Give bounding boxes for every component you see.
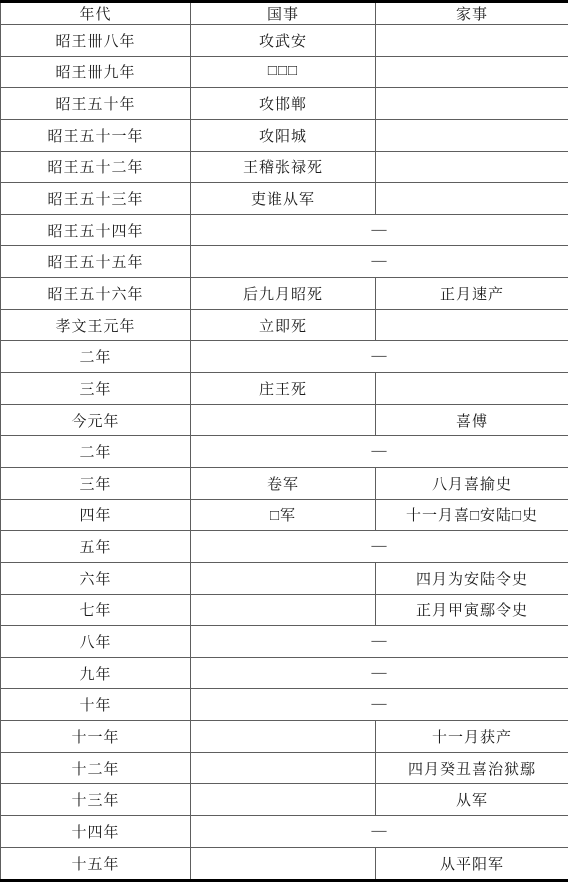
year-cell: 昭王五十三年: [1, 183, 191, 215]
year-cell: 昭王五十年: [1, 88, 191, 120]
table-row: 五年 —: [1, 531, 568, 563]
year-cell: 四年: [1, 499, 191, 531]
state-cell: [191, 784, 376, 816]
table-row: 六年 四月为安陆令史: [1, 562, 568, 594]
state-cell: [191, 594, 376, 626]
family-cell: 十一月喜□安陆□史: [376, 499, 568, 531]
family-cell: [376, 309, 568, 341]
merged-dash-cell: —: [191, 657, 568, 689]
state-cell: 后九月昭死: [191, 278, 376, 310]
table-row: 三年 庄王死: [1, 373, 568, 405]
year-cell: 三年: [1, 467, 191, 499]
year-cell: 昭王卌九年: [1, 56, 191, 88]
year-cell: 十年: [1, 689, 191, 721]
year-cell: 昭王五十六年: [1, 278, 191, 310]
table-row: 四年 □军 十一月喜□安陆□史: [1, 499, 568, 531]
year-cell: 五年: [1, 531, 191, 563]
state-cell: □军: [191, 499, 376, 531]
family-cell: 四月癸丑喜治狱鄢: [376, 752, 568, 784]
table-row: 十二年 四月癸丑喜治狱鄢: [1, 752, 568, 784]
year-cell: 二年: [1, 436, 191, 468]
year-cell: 七年: [1, 594, 191, 626]
family-cell: 喜傅: [376, 404, 568, 436]
year-cell: 三年: [1, 373, 191, 405]
table-row: 十四年 —: [1, 816, 568, 848]
year-cell: 昭王五十四年: [1, 214, 191, 246]
table-row: 昭王五十一年 攻阳城: [1, 119, 568, 151]
state-cell: [191, 562, 376, 594]
family-cell: [376, 373, 568, 405]
year-cell: 昭王五十五年: [1, 246, 191, 278]
family-cell: 从军: [376, 784, 568, 816]
table-row: 十年 —: [1, 689, 568, 721]
table-row: 二年 —: [1, 436, 568, 468]
table-row: 三年 卷军 八月喜揄史: [1, 467, 568, 499]
family-cell: 从平阳军: [376, 847, 568, 880]
family-cell: [376, 25, 568, 57]
state-cell: 攻邯郸: [191, 88, 376, 120]
family-cell: [376, 56, 568, 88]
table-row: 昭王卌八年 攻武安: [1, 25, 568, 57]
state-cell: 攻武安: [191, 25, 376, 57]
table-row: 十五年 从平阳军: [1, 847, 568, 880]
family-cell: [376, 119, 568, 151]
family-cell: 八月喜揄史: [376, 467, 568, 499]
state-cell: 吏谁从军: [191, 183, 376, 215]
state-cell: [191, 847, 376, 880]
header-row: 年代 国事 家事: [1, 2, 568, 25]
family-cell: 十一月获产: [376, 721, 568, 753]
document-page: 年代 国事 家事 昭王卌八年 攻武安 昭王卌九年 □□□ 昭王五十年 攻邯郸: [0, 0, 568, 882]
table-row: 孝文王元年 立即死: [1, 309, 568, 341]
merged-dash-cell: —: [191, 214, 568, 246]
year-cell: 九年: [1, 657, 191, 689]
family-cell: [376, 88, 568, 120]
year-cell: 今元年: [1, 404, 191, 436]
table-row: 十一年 十一月获产: [1, 721, 568, 753]
table-row: 昭王五十三年 吏谁从军: [1, 183, 568, 215]
family-cell: 正月速产: [376, 278, 568, 310]
state-cell: [191, 752, 376, 784]
table-row: 七年 正月甲寅鄢令史: [1, 594, 568, 626]
merged-dash-cell: —: [191, 816, 568, 848]
year-cell: 昭王五十一年: [1, 119, 191, 151]
table-row: 十三年 从军: [1, 784, 568, 816]
column-header-family-affairs: 家事: [376, 2, 568, 25]
year-cell: 孝文王元年: [1, 309, 191, 341]
table-row: 昭王五十六年 后九月昭死 正月速产: [1, 278, 568, 310]
year-cell: 十二年: [1, 752, 191, 784]
table-row: 二年 —: [1, 341, 568, 373]
state-cell: 攻阳城: [191, 119, 376, 151]
table-row: 八年 —: [1, 626, 568, 658]
state-cell: [191, 404, 376, 436]
table-row: 昭王五十年 攻邯郸: [1, 88, 568, 120]
state-cell: 卷军: [191, 467, 376, 499]
table-row: 今元年 喜傅: [1, 404, 568, 436]
year-cell: 十三年: [1, 784, 191, 816]
year-cell: 八年: [1, 626, 191, 658]
year-cell: 十一年: [1, 721, 191, 753]
state-cell: 王稽张禄死: [191, 151, 376, 183]
table-row: 九年 —: [1, 657, 568, 689]
merged-dash-cell: —: [191, 436, 568, 468]
table-row: 昭王五十五年 —: [1, 246, 568, 278]
state-cell: 立即死: [191, 309, 376, 341]
column-header-year: 年代: [1, 2, 191, 25]
year-cell: 六年: [1, 562, 191, 594]
year-cell: 昭王五十二年: [1, 151, 191, 183]
state-cell: 庄王死: [191, 373, 376, 405]
year-cell: 昭王卌八年: [1, 25, 191, 57]
year-cell: 二年: [1, 341, 191, 373]
year-cell: 十四年: [1, 816, 191, 848]
table-row: 昭王五十二年 王稽张禄死: [1, 151, 568, 183]
column-header-state-affairs: 国事: [191, 2, 376, 25]
family-cell: [376, 151, 568, 183]
chronology-table: 年代 国事 家事 昭王卌八年 攻武安 昭王卌九年 □□□ 昭王五十年 攻邯郸: [0, 0, 568, 882]
merged-dash-cell: —: [191, 531, 568, 563]
merged-dash-cell: —: [191, 246, 568, 278]
family-cell: 正月甲寅鄢令史: [376, 594, 568, 626]
table-row: 昭王五十四年 —: [1, 214, 568, 246]
year-cell: 十五年: [1, 847, 191, 880]
state-cell: [191, 721, 376, 753]
state-cell: □□□: [191, 56, 376, 88]
family-cell: [376, 183, 568, 215]
merged-dash-cell: —: [191, 341, 568, 373]
table-row: 昭王卌九年 □□□: [1, 56, 568, 88]
merged-dash-cell: —: [191, 689, 568, 721]
family-cell: 四月为安陆令史: [376, 562, 568, 594]
merged-dash-cell: —: [191, 626, 568, 658]
